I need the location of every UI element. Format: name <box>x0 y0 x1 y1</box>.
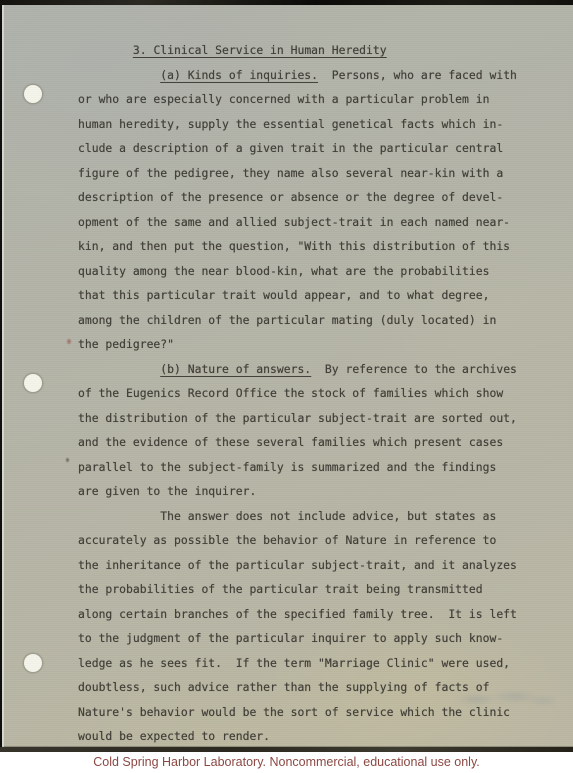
typewritten-page: 3. Clinical Service in Human Heredity (a… <box>2 5 573 747</box>
typewritten-line: are given to the inquirer. <box>78 479 548 504</box>
typewritten-line: quality among the near blood-kin, what a… <box>78 259 548 284</box>
typewritten-line: to the judgment of the particular inquir… <box>78 626 548 651</box>
typewritten-line: description of the presence or absence o… <box>78 185 548 210</box>
typewritten-line: clude a description of a given trait in … <box>78 136 548 161</box>
faint-handwriting-smudge <box>450 685 554 711</box>
typewritten-line: among the children of the particular mat… <box>78 308 548 333</box>
typewritten-line: parallel to the subject-family is summar… <box>78 455 548 480</box>
typewritten-line: 3. Clinical Service in Human Heredity <box>78 38 548 63</box>
typewritten-line: the probabilities of the particular trai… <box>78 577 548 602</box>
caption-bar: Cold Spring Harbor Laboratory. Noncommer… <box>0 752 573 773</box>
typewritten-line: ledge as he sees fit. If the term "Marri… <box>78 651 548 676</box>
punch-hole <box>24 374 42 392</box>
typewritten-line: that this particular trait would appear,… <box>78 283 548 308</box>
typewritten-line: The answer does not include advice, but … <box>78 504 548 529</box>
typewritten-line: of the Eugenics Record Office the stock … <box>78 381 548 406</box>
typewritten-line: or who are especially concerned with a p… <box>78 87 548 112</box>
typewritten-line: the inheritance of the particular subjec… <box>78 553 548 578</box>
scanned-document-viewer: 3. Clinical Service in Human Heredity (a… <box>0 0 573 773</box>
typewritten-line: the pedigree?" <box>78 332 548 357</box>
typewritten-line: would be expected to render. <box>78 724 548 747</box>
typewritten-line: opment of the same and allied subject-tr… <box>78 210 548 235</box>
paper-speck <box>66 458 69 462</box>
typewritten-line: along certain branches of the specified … <box>78 602 548 627</box>
caption-text: Cold Spring Harbor Laboratory. Noncommer… <box>93 756 480 769</box>
typewritten-line: and the evidence of these several famili… <box>78 430 548 455</box>
typewritten-line: kin, and then put the question, "With th… <box>78 234 548 259</box>
punch-hole <box>24 654 42 672</box>
typewritten-line: figure of the pedigree, they name also s… <box>78 161 548 186</box>
typewritten-line: (b) Nature of answers. By reference to t… <box>78 357 548 382</box>
typewritten-line: human heredity, supply the essential gen… <box>78 112 548 137</box>
punch-hole <box>24 85 42 103</box>
typewritten-line: accurately as possible the behavior of N… <box>78 528 548 553</box>
typewritten-line: (a) Kinds of inquiries. Persons, who are… <box>78 63 548 88</box>
typewritten-text: 3. Clinical Service in Human Heredity (a… <box>78 38 548 747</box>
paper-speck <box>67 339 71 344</box>
typewritten-line: the distribution of the particular subje… <box>78 406 548 431</box>
